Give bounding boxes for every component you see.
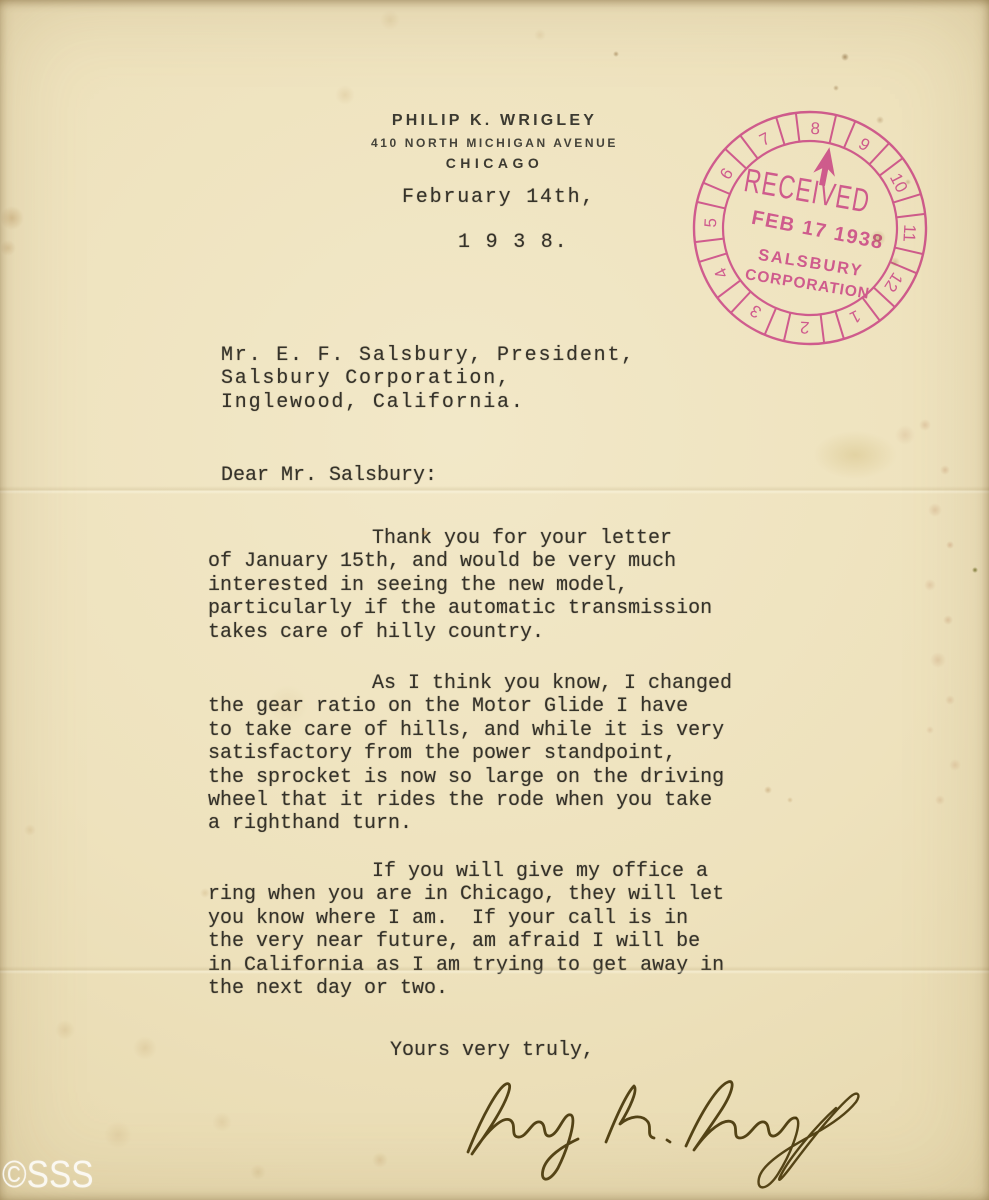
paragraph-2: As I think you know, I changed the gear … bbox=[208, 672, 732, 836]
letter-line: particularly if the automatic transmissi… bbox=[208, 597, 712, 620]
stamp-dial-number: 8 bbox=[810, 119, 820, 138]
letter-line: takes care of hilly country. bbox=[208, 621, 712, 644]
letter-line: interested in seeing the new model, bbox=[208, 574, 712, 597]
letter-line: to take care of hills, and while it is v… bbox=[208, 719, 732, 742]
recipient-address: Mr. E. F. Salsbury, President, Salsbury … bbox=[221, 344, 635, 414]
year-line: 1 9 3 8. bbox=[458, 231, 568, 254]
recipient-line: Salsbury Corporation, bbox=[221, 367, 635, 390]
recipient-line: Mr. E. F. Salsbury, President, bbox=[221, 344, 635, 367]
closing: Yours very truly, bbox=[390, 1039, 594, 1062]
stamp-dial-number: 11 bbox=[899, 224, 919, 243]
salutation: Dear Mr. Salsbury: bbox=[221, 464, 437, 487]
stamp-dial-number: 6 bbox=[716, 165, 737, 183]
stamp-dial-number: 4 bbox=[711, 265, 732, 282]
scanned-letter-page: PHILIP K. WRIGLEY 410 NORTH MICHIGAN AVE… bbox=[0, 0, 989, 1200]
fold-crease bbox=[0, 486, 989, 494]
stamp-dial-number: 2 bbox=[800, 318, 810, 337]
stamp-dial-number: 1 bbox=[847, 306, 864, 327]
signature bbox=[420, 1060, 900, 1195]
letter-line: of January 15th, and would be very much bbox=[208, 550, 712, 573]
letter-line: in California as I am trying to get away… bbox=[208, 954, 724, 977]
letter-line: the very near future, am afraid I will b… bbox=[208, 930, 724, 953]
paragraph-1: Thank you for your letter of January 15t… bbox=[208, 527, 712, 644]
received-stamp: 8 9 10 11 12 1 2 3 4 5 6 7 RECEIVED FEB … bbox=[690, 108, 930, 348]
date-line: February 14th, bbox=[402, 186, 595, 209]
letter-line: you know where I am. If your call is in bbox=[208, 907, 724, 930]
stamp-dial-number: 3 bbox=[747, 301, 765, 322]
letter-line: the sprocket is now so large on the driv… bbox=[208, 766, 732, 789]
letter-line: the next day or two. bbox=[208, 977, 724, 1000]
recipient-line: Inglewood, California. bbox=[221, 391, 635, 414]
stamp-dial-number: 5 bbox=[701, 218, 720, 228]
letter-line: wheel that it rides the rode when you ta… bbox=[208, 789, 732, 812]
stamp-dial-number: 7 bbox=[756, 129, 773, 150]
letter-line: ring when you are in Chicago, they will … bbox=[208, 883, 724, 906]
paragraph-3: If you will give my office a ring when y… bbox=[208, 860, 724, 1000]
letter-line: a righthand turn. bbox=[208, 812, 732, 835]
letter-line: satisfactory from the power standpoint, bbox=[208, 742, 732, 765]
letter-line: As I think you know, I changed bbox=[208, 672, 732, 695]
stamp-dial-number: 9 bbox=[855, 134, 873, 155]
letter-line: If you will give my office a bbox=[208, 860, 724, 883]
letter-line: the gear ratio on the Motor Glide I have bbox=[208, 695, 732, 718]
letter-line: Thank you for your letter bbox=[208, 527, 712, 550]
watermark: ©SSS bbox=[2, 1154, 94, 1197]
